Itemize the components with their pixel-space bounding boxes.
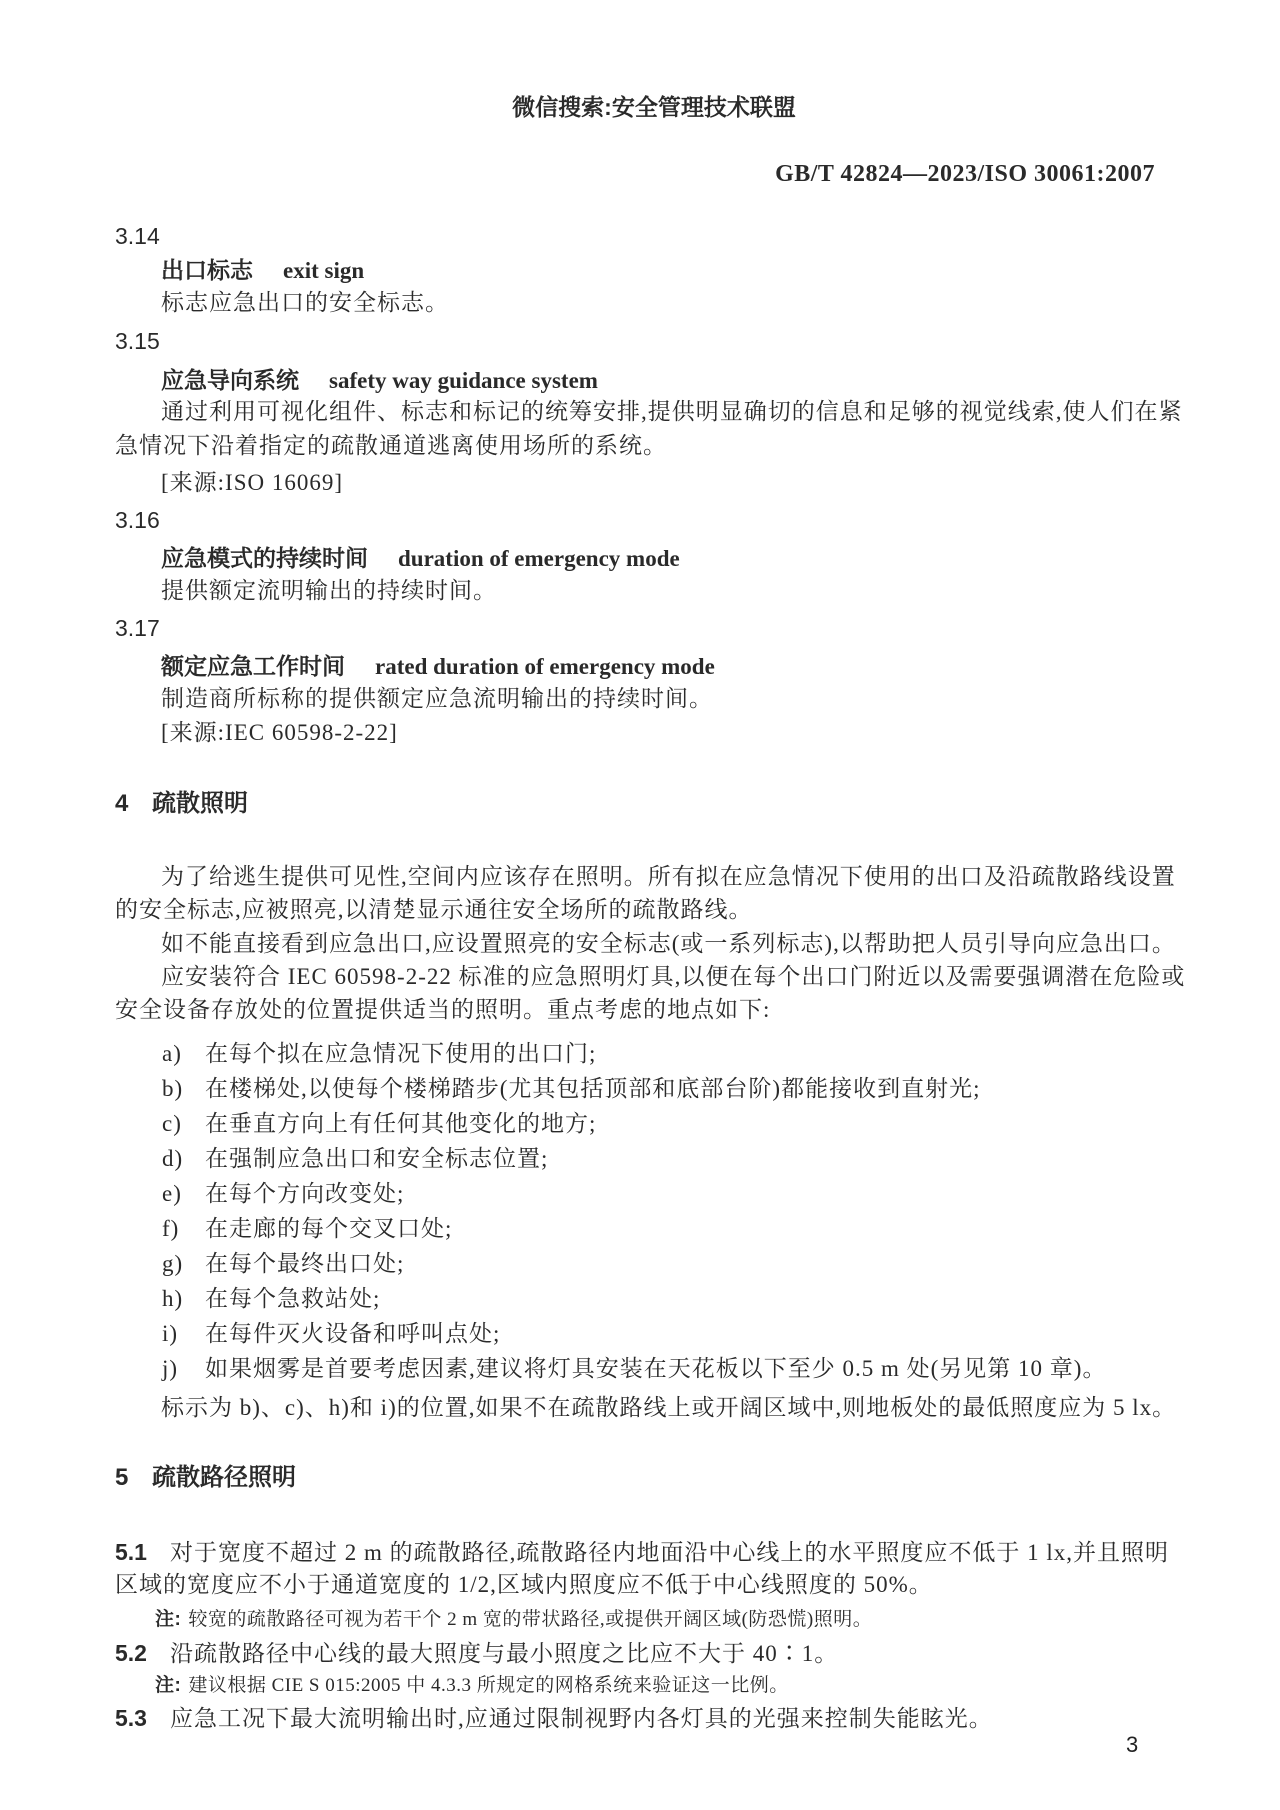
- term-definition: 制造商所标称的提供额定应急流明输出的持续时间。: [115, 682, 1193, 716]
- term-title-cn: 额定应急工作时间: [161, 653, 345, 679]
- clause-number: 5.1: [115, 1536, 170, 1568]
- clause-text: 沿疏散路径中心线的最大照度与最小照度之比应不大于 40∶1。: [170, 1641, 838, 1666]
- clause-text: 对于宽度不超过 2 m 的疏散路径,疏散路径内地面沿中心线上的水平照度应不低于 …: [115, 1540, 1169, 1597]
- clause-text: 应急工况下最大流明输出时,应通过限制视野内各灯具的光强来控制失能眩光。: [170, 1706, 993, 1731]
- note-label: 注:: [155, 1675, 181, 1696]
- item-text: 在每个方向改变处;: [205, 1181, 404, 1206]
- term-title-en: safety way guidance system: [329, 368, 598, 393]
- term-definition: 标志应急出口的安全标志。: [115, 286, 1193, 320]
- list-item: g)在每个最终出口处;: [115, 1246, 1193, 1281]
- list-item: f)在走廊的每个交叉口处;: [115, 1211, 1193, 1246]
- page-number: 3: [1126, 1731, 1138, 1759]
- term-number: 3.16: [115, 503, 1193, 537]
- list-item: j)如果烟雾是首要考虑因素,建议将灯具安装在天花板以下至少 0.5 m 处(另见…: [115, 1351, 1193, 1386]
- item-marker: e): [162, 1176, 205, 1211]
- chapter-heading: 5疏散路径照明: [115, 1460, 1193, 1496]
- clause: 5.2沿疏散路径中心线的最大照度与最小照度之比应不大于 40∶1。: [115, 1637, 1193, 1670]
- term-definition: 提供额定流明输出的持续时间。: [115, 574, 1193, 608]
- list-item: d)在强制应急出口和安全标志位置;: [115, 1141, 1193, 1176]
- list-item: h)在每个急救站处;: [115, 1281, 1193, 1316]
- doc-number: GB/T 42824—2023/ISO 30061:2007: [775, 157, 1155, 191]
- chapter-number: 4: [115, 786, 152, 822]
- clause: 5.1对于宽度不超过 2 m 的疏散路径,疏散路径内地面沿中心线上的水平照度应不…: [115, 1536, 1193, 1601]
- term-number: 3.15: [115, 324, 1193, 358]
- item-text: 在走廊的每个交叉口处;: [205, 1216, 452, 1241]
- term-title: 出口标志exit sign: [161, 253, 1239, 288]
- term-title-cn: 出口标志: [161, 257, 253, 283]
- item-text: 在每件灭火设备和呼叫点处;: [205, 1321, 500, 1346]
- clause: 5.3应急工况下最大流明输出时,应通过限制视野内各灯具的光强来控制失能眩光。: [115, 1702, 1193, 1735]
- watermark-header: 微信搜索:安全管理技术联盟: [115, 90, 1193, 124]
- term-title-cn: 应急模式的持续时间: [161, 545, 368, 571]
- item-marker: a): [162, 1036, 205, 1071]
- list-item: c)在垂直方向上有任何其他变化的地方;: [115, 1106, 1193, 1141]
- item-marker: b): [162, 1071, 205, 1106]
- list-item: a)在每个拟在应急情况下使用的出口门;: [115, 1036, 1193, 1071]
- document-page: 微信搜索:安全管理技术联盟 GB/T 42824—2023/ISO 30061:…: [0, 0, 1280, 1810]
- term-title-en: exit sign: [283, 258, 364, 283]
- item-text: 如果烟雾是首要考虑因素,建议将灯具安装在天花板以下至少 0.5 m 处(另见第 …: [205, 1356, 1106, 1381]
- item-marker: h): [162, 1281, 205, 1316]
- item-text: 在楼梯处,以使每个楼梯踏步(尤其包括顶部和底部台阶)都能接收到直射光;: [205, 1076, 980, 1101]
- note-text: 较宽的疏散路径可视为若干个 2 m 宽的带状路径,或提供开阔区域(防恐慌)照明。: [188, 1609, 872, 1630]
- term-number: 3.17: [115, 611, 1193, 645]
- list-item: e)在每个方向改变处;: [115, 1176, 1193, 1211]
- item-text: 在每个拟在应急情况下使用的出口门;: [205, 1041, 596, 1066]
- clause-number: 5.2: [115, 1637, 170, 1669]
- list-item: i)在每件灭火设备和呼叫点处;: [115, 1316, 1193, 1351]
- chapter-title: 疏散路径照明: [152, 1464, 296, 1491]
- note-label: 注:: [155, 1609, 181, 1630]
- term-definition: 通过利用可视化组件、标志和标记的统筹安排,提供明显确切的信息和足够的视觉线索,使…: [115, 395, 1193, 463]
- term-title: 额定应急工作时间rated duration of emergency mode: [161, 649, 1239, 684]
- term-source: [来源:IEC 60598-2-22]: [161, 716, 1239, 750]
- paragraph: 标示为 b)、c)、h)和 i)的位置,如果不在疏散路线上或开阔区域中,则地板处…: [115, 1391, 1265, 1425]
- term-title-en: rated duration of emergency mode: [375, 654, 715, 679]
- paragraph: 如不能直接看到应急出口,应设置照亮的安全标志(或一系列标志),以帮助把人员引导向…: [115, 927, 1265, 961]
- paragraph: 应安装符合 IEC 60598-2-22 标准的应急照明灯具,以便在每个出口门附…: [115, 960, 1193, 1026]
- chapter-number: 5: [115, 1460, 152, 1496]
- item-text: 在每个最终出口处;: [205, 1251, 404, 1276]
- item-text: 在每个急救站处;: [205, 1286, 380, 1311]
- item-marker: c): [162, 1106, 205, 1141]
- chapter-title: 疏散照明: [152, 790, 248, 817]
- note: 注:建议根据 CIE S 015:2005 中 4.3.3 所规定的网格系统来验…: [155, 1671, 1233, 1701]
- note-text: 建议根据 CIE S 015:2005 中 4.3.3 所规定的网格系统来验证这…: [188, 1675, 788, 1696]
- term-title-cn: 应急导向系统: [161, 367, 299, 393]
- item-text: 在强制应急出口和安全标志位置;: [205, 1146, 548, 1171]
- item-marker: g): [162, 1246, 205, 1281]
- item-text: 在垂直方向上有任何其他变化的地方;: [205, 1111, 596, 1136]
- term-title-en: duration of emergency mode: [398, 546, 680, 571]
- chapter-heading: 4疏散照明: [115, 786, 1193, 822]
- clause-number: 5.3: [115, 1702, 170, 1734]
- note: 注:较宽的疏散路径可视为若干个 2 m 宽的带状路径,或提供开阔区域(防恐慌)照…: [155, 1605, 1233, 1635]
- item-marker: f): [162, 1211, 205, 1246]
- term-source: [来源:ISO 16069]: [161, 466, 1239, 500]
- term-number: 3.14: [115, 219, 1193, 253]
- term-title: 应急模式的持续时间duration of emergency mode: [161, 541, 1239, 576]
- term-title: 应急导向系统safety way guidance system: [161, 363, 1239, 398]
- item-marker: d): [162, 1141, 205, 1176]
- item-marker: i): [162, 1316, 205, 1351]
- list-item: b)在楼梯处,以使每个楼梯踏步(尤其包括顶部和底部台阶)都能接收到直射光;: [115, 1071, 1193, 1106]
- item-marker: j): [162, 1351, 205, 1386]
- paragraph: 为了给逃生提供可见性,空间内应该存在照明。所有拟在应急情况下使用的出口及沿疏散路…: [115, 860, 1193, 926]
- location-list: a)在每个拟在应急情况下使用的出口门; b)在楼梯处,以使每个楼梯踏步(尤其包括…: [115, 1036, 1193, 1386]
